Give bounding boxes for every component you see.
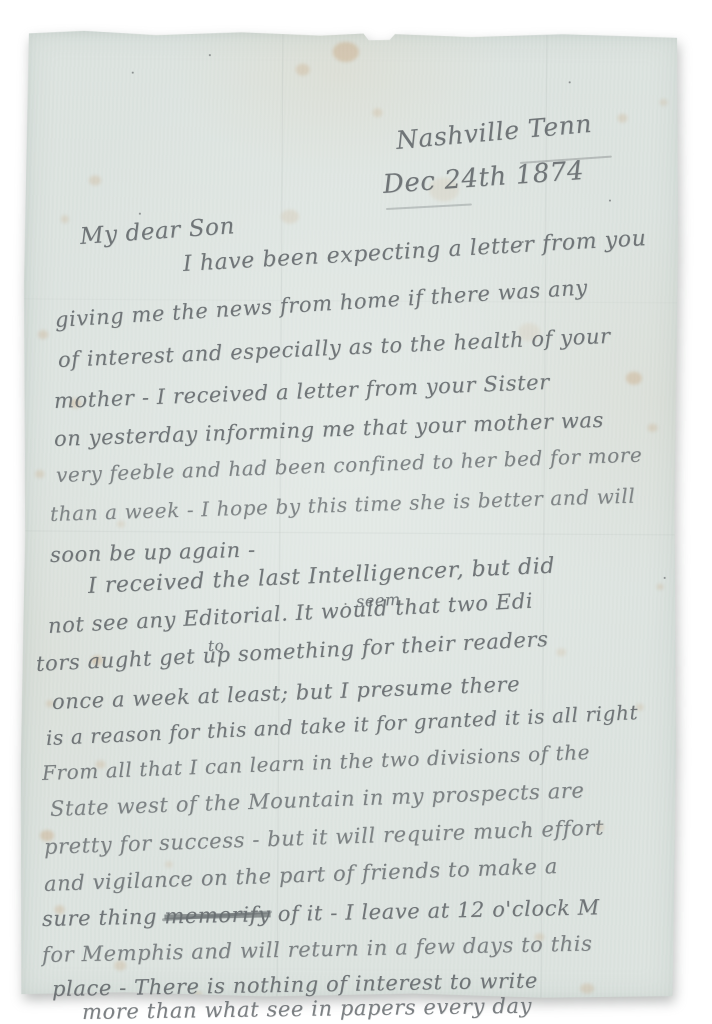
foxing-stain (429, 177, 459, 201)
foxing-stain (61, 215, 69, 223)
letter-paper (19, 30, 681, 1000)
foxing-stain (333, 42, 359, 62)
foxing-stain (91, 655, 103, 665)
foxing-stain (194, 991, 202, 998)
fold-crease-vertical (540, 33, 548, 999)
foxing-stain (35, 470, 44, 478)
paper-speck (344, 603, 346, 605)
foxing-stain (55, 905, 65, 914)
foxing-stain (296, 64, 310, 76)
foxing-stain (636, 704, 644, 711)
paper-speck (132, 72, 134, 74)
paper-sheet (19, 30, 681, 1000)
fold-crease-horizontal (22, 530, 678, 536)
foxing-stain (281, 210, 299, 224)
foxing-stain (648, 424, 658, 432)
paper-speck (139, 213, 141, 215)
paper-speck (209, 54, 211, 56)
foxing-stain (534, 933, 544, 941)
foxing-stain (556, 648, 566, 656)
foxing-stain (165, 861, 173, 868)
paper-speck (569, 81, 571, 83)
foxing-stain (38, 330, 48, 339)
fold-crease-horizontal (23, 298, 679, 304)
foxing-stain (89, 175, 101, 185)
foxing-stain (95, 760, 105, 768)
foxing-stain (518, 323, 540, 341)
fold-crease-vertical (276, 32, 284, 998)
paper-speck (664, 577, 666, 579)
foxing-stain (40, 830, 54, 841)
foxing-stain (660, 99, 668, 106)
paper-speck (609, 200, 611, 202)
foxing-stain (617, 114, 627, 123)
foxing-stain (70, 398, 82, 408)
foxing-stain (657, 584, 664, 590)
foxing-stain (595, 823, 604, 831)
foxing-stain (626, 372, 642, 385)
letter-photograph: Nashville Tenn Dec 24th 1874 My dear Son… (0, 0, 712, 1024)
paper-speck (522, 241, 524, 243)
foxing-stain (580, 983, 594, 993)
foxing-stain (117, 521, 125, 528)
foxing-stain (114, 961, 126, 971)
foxing-stain (372, 108, 382, 117)
foxing-stain (46, 700, 54, 707)
